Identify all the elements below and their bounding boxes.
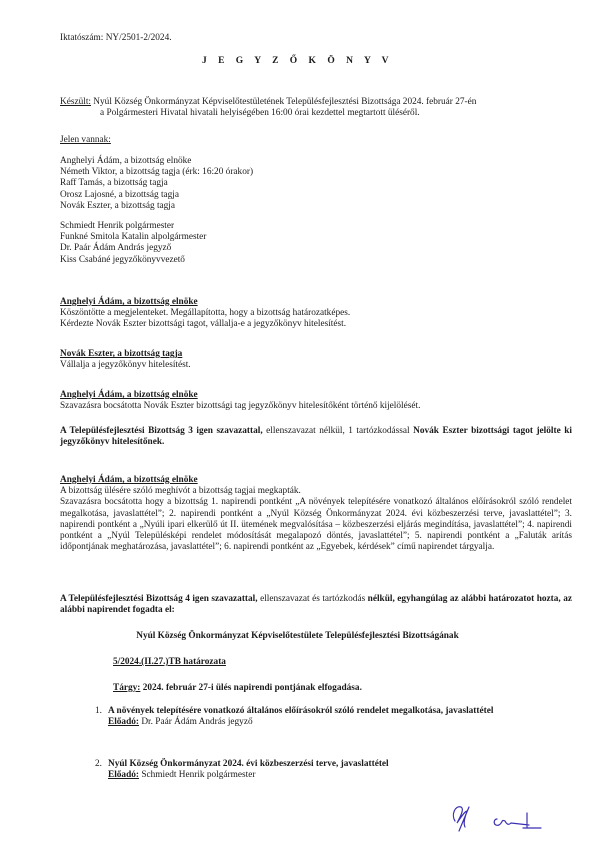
guest-item: Kiss Csabáné jegyzőkönyvvezető xyxy=(60,255,206,266)
resolution-number: 5/2024.(II.27.)TB határozata xyxy=(113,657,226,668)
subject-label: Tárgy: xyxy=(113,683,140,693)
agenda-item-1: 1. A növények telepítésére vonatkozó ált… xyxy=(95,706,570,728)
prepared-line-1: Nyúl Község Önkormányzat Képviselőtestül… xyxy=(91,97,476,107)
decision-1-part-1: A Településfejlesztési Bizottság 3 igen … xyxy=(60,426,263,436)
speaker-heading: Anghelyi Ádám, a bizottság elnöke xyxy=(60,390,572,401)
section-member-reply: Novák Eszter, a bizottság tagja Vállalja… xyxy=(60,349,572,371)
decision-2: A Településfejlesztési Bizottság 4 igen … xyxy=(60,594,572,616)
guest-item: Dr. Paár Ádám András jegyző xyxy=(60,243,206,254)
presenter-label: Előadó: xyxy=(108,770,139,780)
member-item: Anghelyi Ádám, a bizottság elnöke xyxy=(60,156,253,167)
resolution-subject: Tárgy: 2024. február 27-i ülés napirendi… xyxy=(113,683,362,694)
member-item: Orosz Lajosné, a bizottság tagja xyxy=(60,190,253,201)
resolution-body: Nyúl Község Önkormányzat Képviselőtestül… xyxy=(0,631,595,642)
agenda-number: 1. xyxy=(95,706,108,728)
decision-2-part-2: ellenszavazat és tartózkodás xyxy=(258,594,366,604)
section-text: Vállalja a jegyzőkönyv hitelesítést. xyxy=(60,360,572,371)
guest-item: Schmiedt Henrik polgármester xyxy=(60,221,206,232)
section-text: Kérdezte Novák Eszter bizottsági tagot, … xyxy=(60,319,572,330)
document-title: J E G Y Z Ő K Ö N Y V xyxy=(0,56,595,67)
section-text: Szavazásra bocsátotta Novák Eszter bizot… xyxy=(60,401,572,412)
section-chair-opening: Anghelyi Ádám, a bizottság elnöke Köszön… xyxy=(60,297,572,331)
decision-2-part-1: A Településfejlesztési Bizottság 4 igen … xyxy=(60,594,258,604)
speaker-heading: Novák Eszter, a bizottság tagja xyxy=(60,349,572,360)
presenter-label: Előadó: xyxy=(108,717,139,727)
guest-item: Funkné Smitola Katalin alpolgármester xyxy=(60,232,206,243)
speaker-heading: Anghelyi Ádám, a bizottság elnöke xyxy=(60,297,572,308)
registration-number: Iktatószám: NY/2501-2/2024. xyxy=(60,33,172,44)
handwritten-signatures-icon xyxy=(445,797,585,837)
section-text: Köszöntötte a megjelenteket. Megállapíto… xyxy=(60,308,572,319)
speaker-heading: Anghelyi Ádám, a bizottság elnöke xyxy=(60,475,572,486)
decision-1-part-2: ellenszavazat nélkül, 1 tartózkodással xyxy=(263,426,410,436)
guests-list: Schmiedt Henrik polgármester Funkné Smit… xyxy=(60,221,206,266)
members-list: Anghelyi Ádám, a bizottság elnöke Németh… xyxy=(60,156,253,212)
member-item: Raff Tamás, a bizottság tagja xyxy=(60,178,253,189)
presenter-name: Schmiedt Henrik polgármester xyxy=(139,770,255,780)
member-item: Novák Eszter, a bizottság tagja xyxy=(60,201,253,212)
section-chair-vote: Anghelyi Ádám, a bizottság elnöke Szavaz… xyxy=(60,390,572,412)
section-chair-agenda: Anghelyi Ádám, a bizottság elnöke A bizo… xyxy=(60,475,572,553)
agenda-title: A növények telepítésére vonatkozó általá… xyxy=(108,706,570,717)
agenda-number: 2. xyxy=(95,759,108,781)
prepared-label: Készült: xyxy=(60,97,91,107)
member-item: Németh Viktor, a bizottság tagja (érk: 1… xyxy=(60,167,253,178)
prepared-line-2: a Polgármesteri Hivatal hivatali helyisé… xyxy=(60,108,590,119)
section-text: A bizottság ülésére szóló meghívót a biz… xyxy=(60,486,572,497)
agenda-proposal-paragraph: Szavazásra bocsátotta hogy a bizottság 1… xyxy=(60,497,572,553)
subject-text: 2024. február 27-i ülés napirendi pontjá… xyxy=(140,683,362,693)
decision-1: A Településfejlesztési Bizottság 3 igen … xyxy=(60,426,572,448)
agenda-item-2: 2. Nyúl Község Önkormányzat 2024. évi kö… xyxy=(95,759,570,781)
agenda-title: Nyúl Község Önkormányzat 2024. évi közbe… xyxy=(108,759,570,770)
prepared-statement: Készült: Nyúl Község Önkormányzat Képvis… xyxy=(60,97,590,119)
presenter-name: Dr. Paár Ádám András jegyző xyxy=(139,717,253,727)
present-label: Jelen vannak: xyxy=(60,135,111,146)
